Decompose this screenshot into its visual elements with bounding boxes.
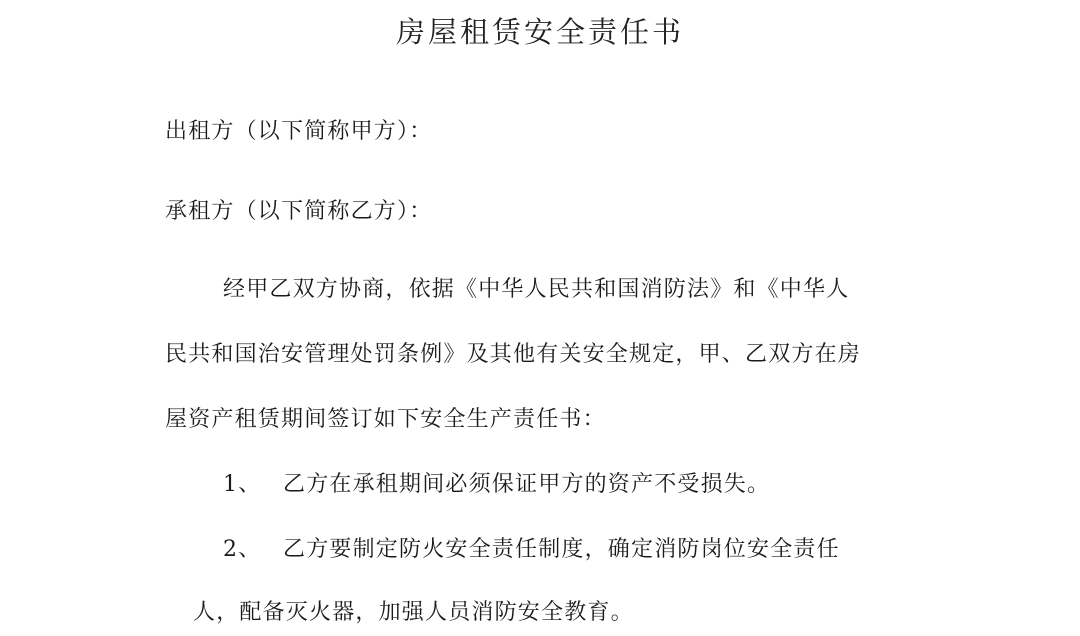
clause-2-text: 乙方要制定防火安全责任制度，确定消防岗位安全责任 (283, 537, 840, 562)
document-title: 房屋租赁安全责任书 (0, 12, 1080, 52)
clause-1: 1、乙方在承租期间必须保证甲方的资产不受损失。 (223, 470, 770, 500)
clause-2-number: 2、 (223, 535, 283, 565)
clause-1-text: 乙方在承租期间必须保证甲方的资产不受损失。 (283, 472, 770, 497)
clause-1-number: 1、 (223, 470, 283, 500)
clause-2: 2、乙方要制定防火安全责任制度，确定消防岗位安全责任 (223, 535, 840, 565)
lessee-label: 承租方（以下简称乙方）： (165, 197, 432, 227)
preamble-line-2: 民共和国治安管理处罚条例》及其他有关安全规定，甲、乙双方在房 (165, 340, 861, 370)
document-page: 房屋租赁安全责任书 出租方（以下简称甲方）： 承租方（以下简称乙方）： 经甲乙双… (0, 0, 1080, 636)
preamble-line-1: 经甲乙双方协商，依据《中华人民共和国消防法》和《中华人 (223, 275, 849, 305)
preamble-line-3: 屋资产租赁期间签订如下安全生产责任书： (165, 405, 606, 435)
clause-2-continuation: 人，配备灭火器，加强人员消防安全教育。 (193, 598, 634, 628)
lessor-label: 出租方（以下简称甲方）： (165, 117, 432, 147)
